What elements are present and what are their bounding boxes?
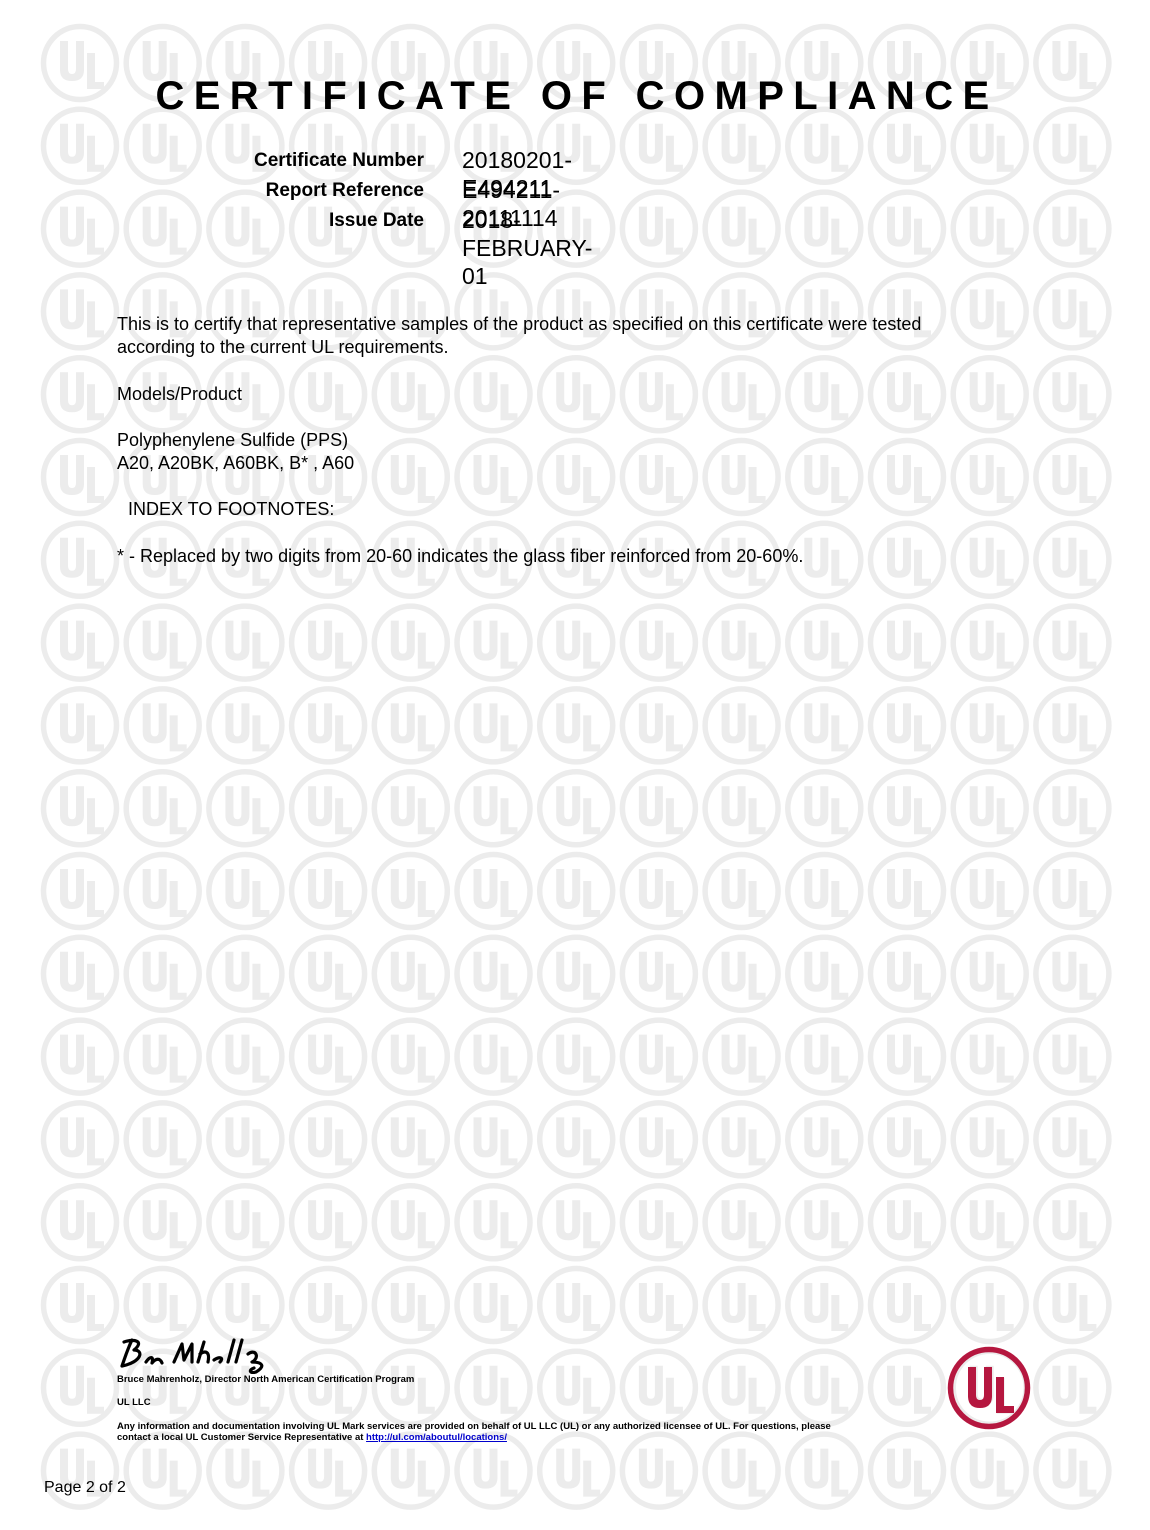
disclaimer-line-2-text: contact a local UL Customer Service Repr…	[117, 1432, 366, 1443]
product-name: Polyphenylene Sulfide (PPS)	[117, 429, 348, 452]
signature-image	[116, 1336, 276, 1374]
certificate-title: CERTIFICATE OF COMPLIANCE	[0, 74, 1150, 118]
disclaimer-line-1: Any information and documentation involv…	[117, 1421, 831, 1432]
ul-logo-icon	[946, 1345, 1032, 1431]
ul-locations-link[interactable]: http://ul.com/aboutul/locations/	[366, 1432, 507, 1443]
models-heading: Models/Product	[117, 383, 242, 406]
disclaimer-line-2: contact a local UL Customer Service Repr…	[117, 1432, 507, 1443]
company-name: UL LLC	[117, 1397, 151, 1408]
report-reference-label: Report Reference	[266, 179, 424, 203]
signatory-name: Bruce Mahrenholz, Director North America…	[117, 1374, 414, 1385]
issue-date-value: 2018-FEBRUARY-01	[462, 206, 592, 290]
certify-statement-line-2: according to the current UL requirements…	[117, 336, 449, 359]
issue-date-label: Issue Date	[329, 209, 424, 233]
footnotes-heading: INDEX TO FOOTNOTES:	[128, 498, 334, 521]
footnote-text: * - Replaced by two digits from 20-60 in…	[117, 545, 803, 568]
page-number: Page 2 of 2	[44, 1478, 126, 1498]
certify-statement-line-1: This is to certify that representative s…	[117, 313, 921, 336]
certificate-number-label: Certificate Number	[254, 149, 424, 173]
product-models: A20, A20BK, A60BK, B* , A60	[117, 452, 354, 475]
